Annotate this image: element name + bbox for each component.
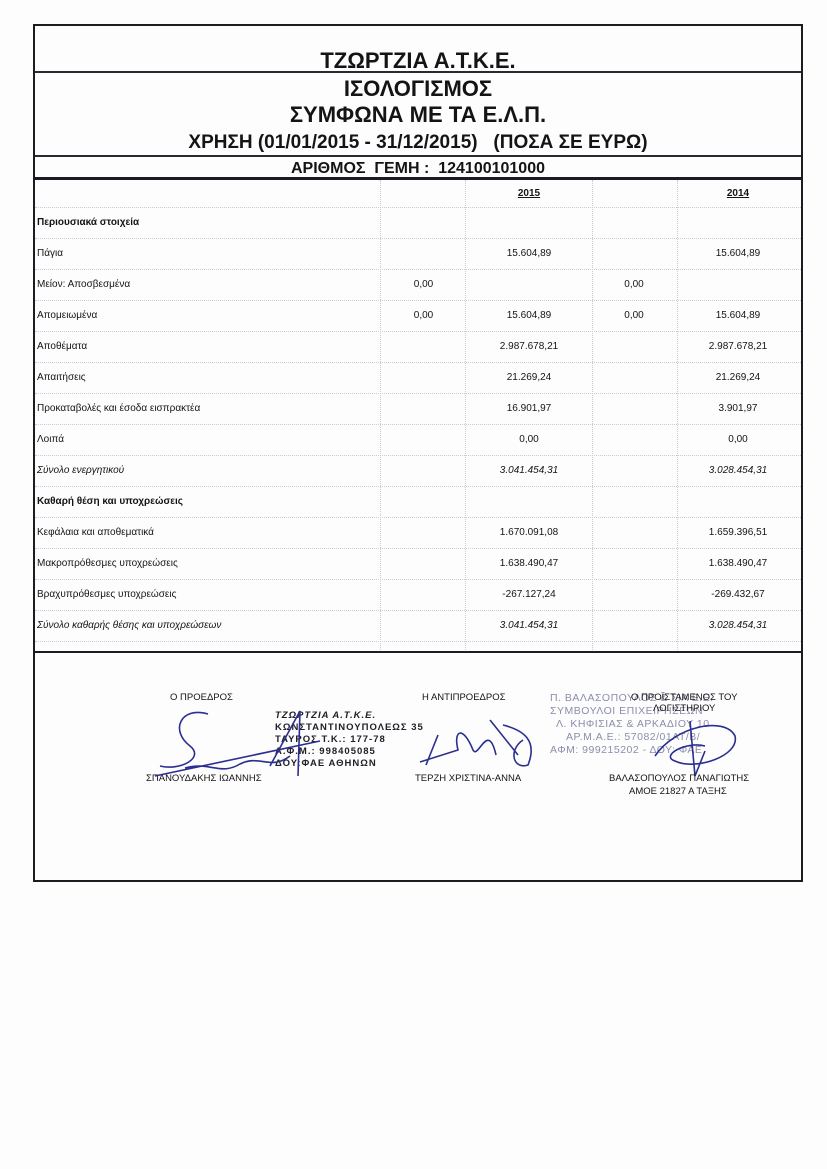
accountant-signature	[635, 716, 745, 781]
accountant-license: ΑΜΟΕ 21827 Α ΤΑΞΗΣ	[629, 786, 727, 797]
value-2014-sub	[591, 393, 677, 424]
value-2014-sub	[591, 486, 677, 517]
table-row: Σύνολο καθαρής θέσης και υποχρεώσεων3.04…	[35, 610, 801, 642]
value-2014-sub	[591, 331, 677, 362]
value-2014-sub	[591, 579, 677, 610]
title-line: Ο ΠΡΟΪΣΤΑΜΕΝΟΣ ΤΟΥ	[631, 692, 737, 703]
value-2015: 21.269,24	[465, 362, 593, 393]
balance-sheet-table: 2015 2014 Περιουσιακά στοιχείαΠάγια15.60…	[35, 180, 801, 652]
value-2015: 16.901,97	[465, 393, 593, 424]
value-2014-sub: 0,00	[591, 300, 677, 331]
value-2014: 2.987.678,21	[677, 331, 799, 362]
value-2014-sub	[591, 207, 677, 238]
table-row: Βραχυπρόθεσμες υποχρεώσεις-267.127,24-26…	[35, 579, 801, 611]
divider	[35, 155, 801, 157]
table-row: Λοιπά0,000,00	[35, 424, 801, 456]
accounting-standard: ΣΥΜΦΩΝΑ ΜΕ ΤΑ Ε.Λ.Π.	[35, 102, 801, 128]
value-2014: 3.028.454,31	[677, 610, 799, 641]
table-row: Καθαρή θέση και υποχρεώσεις	[35, 486, 801, 518]
row-label: Πάγια	[37, 238, 63, 269]
row-label: Περιουσιακά στοιχεία	[37, 207, 139, 238]
value-2014-sub	[591, 362, 677, 393]
value-2015-sub: 0,00	[381, 269, 466, 300]
table-row: Περιουσιακά στοιχεία	[35, 207, 801, 239]
row-label: Απομειωμένα	[37, 300, 97, 331]
value-2014-sub: 0,00	[591, 269, 677, 300]
value-2015-sub	[381, 579, 466, 610]
value-2015: 0,00	[465, 424, 593, 455]
value-2015-sub	[381, 424, 466, 455]
value-2015	[465, 207, 593, 238]
column-header-2014: 2014	[677, 180, 799, 207]
value-2014: 0,00	[677, 424, 799, 455]
vice-president-title: Η ΑΝΤΙΠΡΟΕΔΡΟΣ	[422, 692, 505, 703]
value-2014: 15.604,89	[677, 300, 799, 331]
value-2015: 3.041.454,31	[465, 455, 593, 486]
value-2015: -267.127,24	[465, 579, 593, 610]
value-2015	[465, 486, 593, 517]
value-2014	[677, 486, 799, 517]
balance-sheet-frame: ΤΖΩΡΤΖΙΑ Α.Τ.Κ.Ε. ΙΣΟΛΟΓΙΣΜΟΣ ΣΥΜΦΩΝΑ ΜΕ…	[33, 24, 803, 882]
value-2014: 1.638.490,47	[677, 548, 799, 579]
value-2015: 3.041.454,31	[465, 610, 593, 641]
value-2014: 3.028.454,31	[677, 455, 799, 486]
table-row: Μακροπρόθεσμες υποχρεώσεις1.638.490,471.…	[35, 548, 801, 580]
row-label: Καθαρή θέση και υποχρεώσεις	[37, 486, 183, 517]
value-2015: 2.987.678,21	[465, 331, 593, 362]
value-2015-sub	[381, 331, 466, 362]
table-row: Σύνολο ενεργητικού3.041.454,313.028.454,…	[35, 455, 801, 487]
table-row: Πάγια15.604,8915.604,89	[35, 238, 801, 270]
divider	[35, 651, 801, 653]
value-2015-sub	[381, 393, 466, 424]
value-2014	[677, 207, 799, 238]
value-2015-sub	[381, 455, 466, 486]
vice-president-name: ΤΕΡΖΗ ΧΡΙΣΤΙΝΑ-ΑΝΝΑ	[415, 773, 521, 784]
row-label: Μείον: Αποσβεσμένα	[37, 269, 130, 300]
value-2015: 1.638.490,47	[465, 548, 593, 579]
table-row: Μείον: Αποσβεσμένα0,000,00	[35, 269, 801, 301]
row-label: Μακροπρόθεσμες υποχρεώσεις	[37, 548, 178, 579]
value-2015: 15.604,89	[465, 238, 593, 269]
row-label: Αποθέματα	[37, 331, 87, 362]
value-2015-sub	[381, 610, 466, 641]
table-row: Απομειωμένα0,0015.604,890,0015.604,89	[35, 300, 801, 332]
accountant-title: Ο ΠΡΟΪΣΤΑΜΕΝΟΣ ΤΟΥ ΛΟΓΙΣΤΗΡΙΟΥ	[631, 692, 737, 714]
value-2014: 21.269,24	[677, 362, 799, 393]
table-row: Απαιτήσεις21.269,2421.269,24	[35, 362, 801, 394]
table-row: Προκαταβολές και έσοδα εισπρακτέα16.901,…	[35, 393, 801, 425]
value-2015-sub	[381, 486, 466, 517]
value-2014: 1.659.396,51	[677, 517, 799, 548]
row-label: Λοιπά	[37, 424, 64, 455]
value-2014-sub	[591, 424, 677, 455]
value-2014-sub	[591, 238, 677, 269]
value-2015-sub: 0,00	[381, 300, 466, 331]
value-2015-sub	[381, 548, 466, 579]
row-label: Σύνολο ενεργητικού	[37, 455, 124, 486]
value-2015-sub	[381, 238, 466, 269]
value-2015-sub	[381, 207, 466, 238]
gemh-number: ΑΡΙΘΜΟΣ ΓΕΜΗ : 124100101000	[35, 160, 801, 178]
value-2014-sub	[591, 610, 677, 641]
value-2015-sub	[381, 517, 466, 548]
column-header-2015: 2015	[465, 180, 593, 207]
value-2014-sub	[591, 455, 677, 486]
value-2014: -269.432,67	[677, 579, 799, 610]
row-label: Απαιτήσεις	[37, 362, 86, 393]
value-2015-sub	[381, 362, 466, 393]
fiscal-period: ΧΡΗΣΗ (01/01/2015 - 31/12/2015) (ΠΟΣΑ ΣΕ…	[35, 132, 801, 154]
vice-president-signature	[418, 710, 543, 770]
value-2014: 3.901,97	[677, 393, 799, 424]
row-label: Βραχυπρόθεσμες υποχρεώσεις	[37, 579, 176, 610]
value-2015	[465, 269, 593, 300]
value-2014-sub	[591, 548, 677, 579]
row-label: Σύνολο καθαρής θέσης και υποχρεώσεων	[37, 610, 221, 641]
president-title: Ο ΠΡΟΕΔΡΟΣ	[170, 692, 233, 703]
document-title: ΙΣΟΛΟΓΙΣΜΟΣ	[35, 76, 801, 102]
accountant-name: ΒΑΛΑΣΟΠΟΥΛΟΣ ΠΑΝΑΓΙΩΤΗΣ	[609, 773, 749, 784]
value-2014-sub	[591, 517, 677, 548]
title-line: ΛΟΓΙΣΤΗΡΙΟΥ	[631, 703, 737, 714]
value-2014	[677, 269, 799, 300]
row-label: Κεφάλαια και αποθεματικά	[37, 517, 154, 548]
table-header-row: 2015 2014	[35, 180, 801, 208]
row-label: Προκαταβολές και έσοδα εισπρακτέα	[37, 393, 200, 424]
table-row: Αποθέματα2.987.678,212.987.678,21	[35, 331, 801, 363]
value-2015: 1.670.091,08	[465, 517, 593, 548]
value-2015: 15.604,89	[465, 300, 593, 331]
value-2014: 15.604,89	[677, 238, 799, 269]
table-row: Κεφάλαια και αποθεματικά1.670.091,081.65…	[35, 517, 801, 549]
president-signature	[150, 706, 320, 781]
divider	[35, 71, 801, 73]
